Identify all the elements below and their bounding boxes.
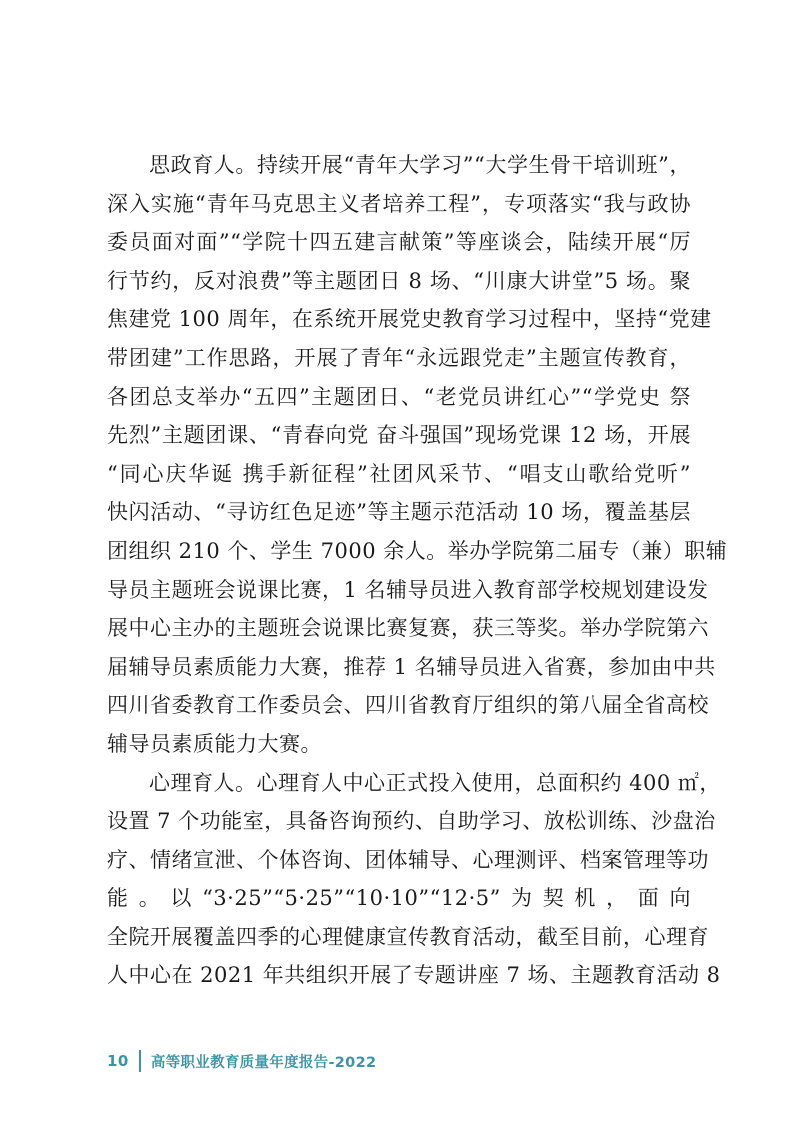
text-line: 带团建”工作思路，开展了青年“永远跟党走”主题宣传教育， bbox=[107, 339, 691, 378]
page-footer: 10 高等职业教育质量年度报告-2022 bbox=[107, 1048, 376, 1074]
text-line: 思政育人。持续开展“青年大学习”“大学生骨干培训班”， bbox=[107, 146, 691, 185]
text-line: 焦建党 100 周年，在系统开展党史教育学习过程中，坚持“党建 bbox=[107, 300, 691, 339]
text-line: 导员主题班会说课比赛，1 名辅导员进入教育部学校规划建设发 bbox=[107, 571, 691, 610]
footer-divider bbox=[139, 1050, 141, 1072]
text-line: 深入实施“青年马克思主义者培养工程”，专项落实“我与政协 bbox=[107, 185, 691, 224]
text-line: 届辅导员素质能力大赛，推荐 1 名辅导员进入省赛，参加由中共 bbox=[107, 648, 691, 687]
paragraph-ideological-education: 思政育人。持续开展“青年大学习”“大学生骨干培训班”， 深入实施“青年马克思主义… bbox=[107, 146, 691, 764]
text-line: 心理育人。心理育人中心正式投入使用，总面积约 400 ㎡， bbox=[107, 764, 691, 803]
text-line: 快闪活动、“寻访红色足迹”等主题示范活动 10 场，覆盖基层 bbox=[107, 493, 691, 532]
text-line: 四川省委教育工作委员会、四川省教育厅组织的第八届全省高校 bbox=[107, 686, 691, 725]
text-line: 行节约，反对浪费”等主题团日 8 场、“川康大讲堂”5 场。聚 bbox=[107, 262, 691, 301]
text-line: 能。以“3·25”“5·25”“10·10”“12·5”为契机，面向 bbox=[107, 879, 691, 918]
text-line: 展中心主办的主题班会说课比赛复赛，获三等奖。举办学院第六 bbox=[107, 609, 691, 648]
paragraph-psychological-education: 心理育人。心理育人中心正式投入使用，总面积约 400 ㎡， 设置 7 个功能室，… bbox=[107, 764, 691, 996]
report-title: 高等职业教育质量年度报告-2022 bbox=[151, 1051, 376, 1072]
text-line: 辅导员素质能力大赛。 bbox=[107, 725, 691, 764]
text-line: 委员面对面”“学院十四五建言献策”等座谈会，陆续开展“厉 bbox=[107, 223, 691, 262]
text-line: 先烈”主题团课、“青春向党 奋斗强国”现场党课 12 场，开展 bbox=[107, 416, 691, 455]
text-line: 疗、情绪宣泄、个体咨询、团体辅导、心理测评、档案管理等功 bbox=[107, 841, 691, 880]
page-number: 10 bbox=[107, 1052, 129, 1070]
text-line: 设置 7 个功能室，具备咨询预约、自助学习、放松训练、沙盘治 bbox=[107, 802, 691, 841]
text-line: 全院开展覆盖四季的心理健康宣传教育活动，截至目前，心理育 bbox=[107, 918, 691, 957]
text-line: 各团总支举办“五四”主题团日、“老党员讲红心”“学党史 祭 bbox=[107, 378, 691, 417]
text-line: 团组织 210 个、学生 7000 余人。举办学院第二届专（兼）职辅 bbox=[107, 532, 691, 571]
page-body: 思政育人。持续开展“青年大学习”“大学生骨干培训班”， 深入实施“青年马克思主义… bbox=[107, 146, 691, 995]
text-line: “同心庆华诞 携手新征程”社团风采节、“唱支山歌给党听” bbox=[107, 455, 691, 494]
text-line: 人中心在 2021 年共组织开展了专题讲座 7 场、主题教育活动 8 bbox=[107, 956, 691, 995]
